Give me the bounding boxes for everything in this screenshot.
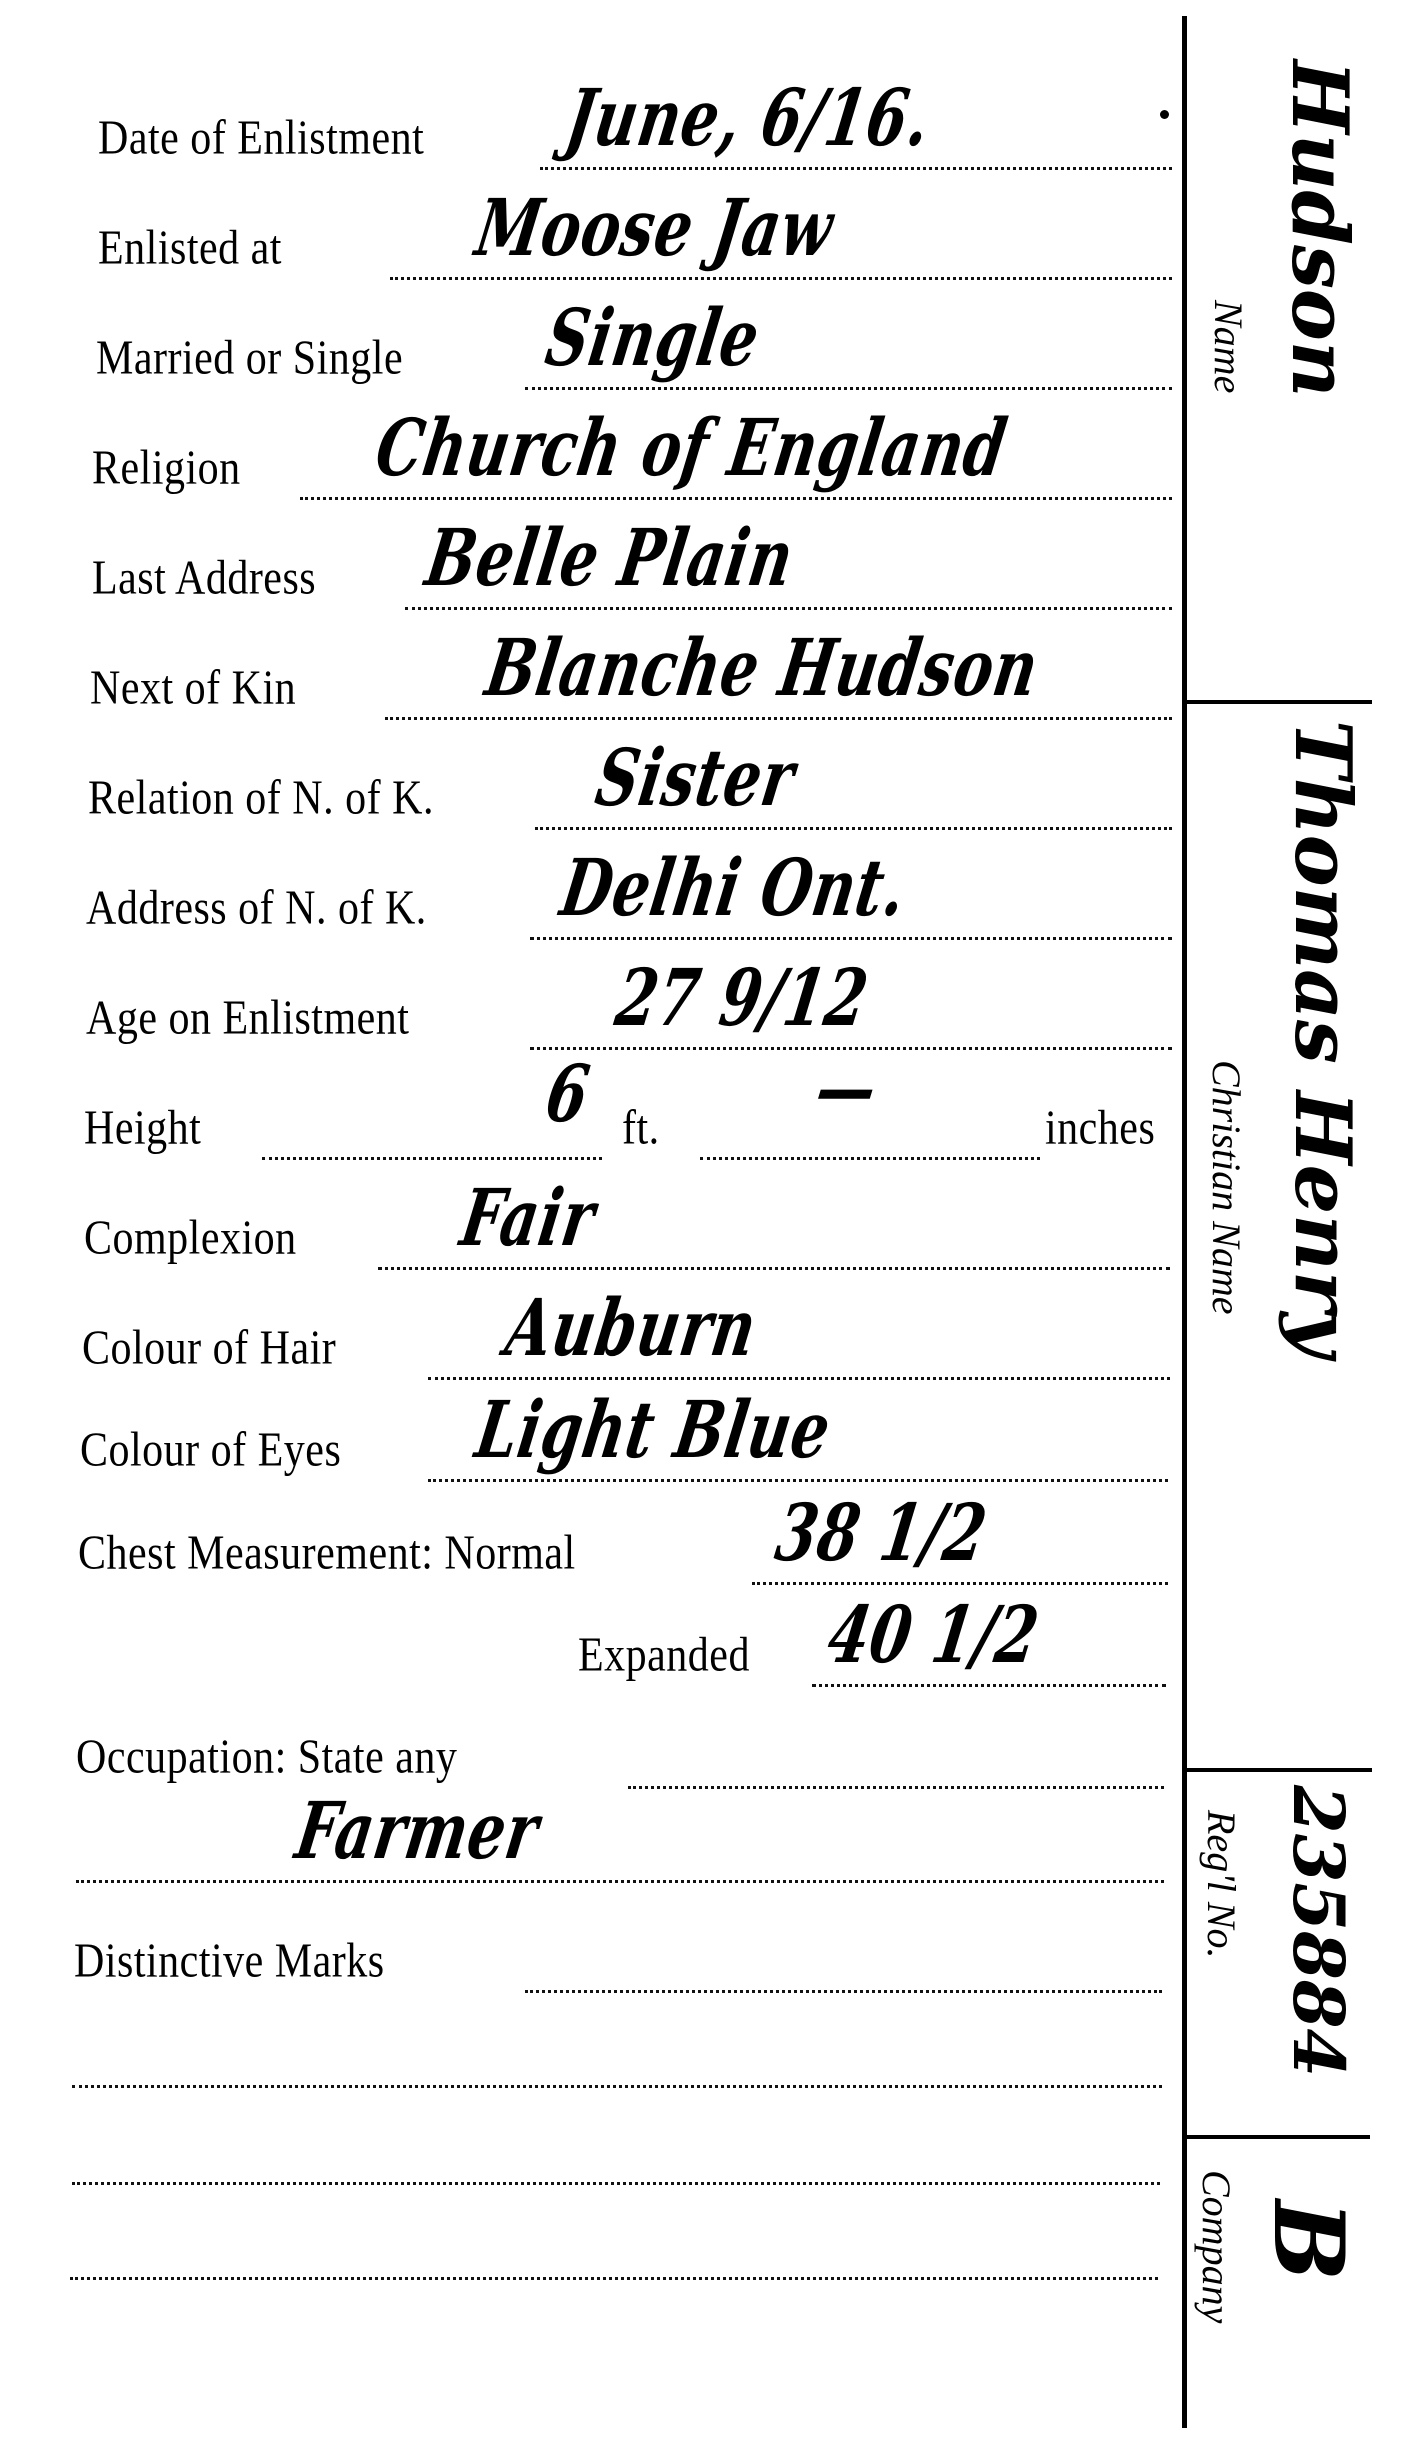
- christian-name-label: Christian Name: [1203, 1060, 1250, 1314]
- surname-label: Name: [1205, 300, 1252, 393]
- field-enlisted-at: Enlisted at Moose Jaw: [0, 210, 1182, 280]
- distinctive-marks-line-3[interactable]: [0, 2115, 1182, 2185]
- regimental-number-label: Reg'l No.: [1198, 1810, 1245, 1959]
- field-label: Enlisted at: [98, 221, 282, 276]
- field-label: Occupation: State any: [76, 1730, 457, 1785]
- field-value[interactable]: Blanche Hudson: [480, 622, 1045, 714]
- ink-speck: [1160, 110, 1169, 119]
- field-value[interactable]: Church of England: [370, 402, 1013, 494]
- dotted-line[interactable]: [525, 1990, 1162, 1993]
- field-label: Colour of Eyes: [80, 1423, 341, 1478]
- field-occupation: Occupation: State any: [0, 1719, 1182, 1789]
- occupation-value[interactable]: Farmer: [290, 1785, 545, 1877]
- field-label: Next of Kin: [90, 661, 296, 716]
- field-value[interactable]: 27 9/12: [610, 952, 875, 1044]
- field-height: Height 6 ft. — inches: [0, 1090, 1182, 1160]
- dotted-line: [535, 827, 1172, 830]
- name-section-divider: [1186, 700, 1372, 704]
- field-distinctive-marks: Distinctive Marks: [0, 1923, 1182, 1993]
- field-label: Height: [84, 1101, 201, 1156]
- field-last-address: Last Address Belle Plain: [0, 540, 1182, 610]
- field-value[interactable]: Moose Jaw: [470, 182, 840, 274]
- regimental-section-divider: [1186, 1768, 1372, 1772]
- field-colour-of-hair: Colour of Hair Auburn: [0, 1310, 1182, 1380]
- field-address-of-next-of-kin: Address of N. of K. Delhi Ont.: [0, 870, 1182, 940]
- field-value[interactable]: Single: [540, 292, 766, 384]
- christian-name-value[interactable]: Thomas Henry: [1277, 720, 1368, 1357]
- dotted-line: [428, 1479, 1168, 1482]
- height-feet-value[interactable]: 6: [540, 1048, 596, 1140]
- dotted-line: [378, 1267, 1170, 1270]
- dotted-line: [530, 937, 1172, 940]
- field-label: Address of N. of K.: [86, 881, 427, 936]
- dotted-line: [525, 387, 1172, 390]
- field-value[interactable]: 38 1/2: [770, 1487, 993, 1579]
- height-inches-value[interactable]: —: [810, 1042, 883, 1134]
- field-label: Colour of Hair: [82, 1321, 336, 1376]
- distinctive-marks-line-4[interactable]: [0, 2210, 1182, 2280]
- field-date-of-enlistment: Date of Enlistment June, 6/16.: [0, 100, 1182, 170]
- field-label: Distinctive Marks: [74, 1934, 385, 1989]
- field-chest-expanded: Expanded 40 1/2: [0, 1617, 1182, 1687]
- field-value[interactable]: Delhi Ont.: [555, 842, 913, 934]
- regimental-number-value[interactable]: 235884: [1277, 1785, 1360, 2077]
- field-colour-of-eyes: Colour of Eyes Light Blue: [0, 1412, 1182, 1482]
- field-relation-of-next-of-kin: Relation of N. of K. Sister: [0, 760, 1182, 830]
- field-label: Married or Single: [96, 331, 403, 386]
- height-inches-unit: inches: [1045, 1101, 1155, 1156]
- dotted-line: [752, 1582, 1168, 1585]
- dotted-line: [76, 1880, 1164, 1883]
- dotted-line: [700, 1157, 1040, 1160]
- surname-value[interactable]: Hudson: [1274, 60, 1365, 398]
- field-age-on-enlistment: Age on Enlistment 27 9/12: [0, 980, 1182, 1050]
- field-next-of-kin: Next of Kin Blanche Hudson: [0, 650, 1182, 720]
- column-divider: [1182, 16, 1187, 2428]
- height-feet-unit: ft.: [622, 1101, 660, 1156]
- dotted-line: [628, 1786, 1164, 1789]
- dotted-line: [405, 607, 1172, 610]
- dotted-line: [72, 2182, 1160, 2185]
- field-religion: Religion Church of England: [0, 430, 1182, 500]
- dotted-line: [70, 2277, 1158, 2280]
- dotted-line: [300, 497, 1172, 500]
- field-label: Last Address: [92, 551, 316, 606]
- field-value[interactable]: Belle Plain: [420, 512, 800, 604]
- field-label: Age on Enlistment: [86, 991, 409, 1046]
- field-label: Religion: [92, 441, 241, 496]
- field-married-or-single: Married or Single Single: [0, 320, 1182, 390]
- dotted-line: [72, 2085, 1162, 2088]
- field-chest-normal: Chest Measurement: Normal 38 1/2: [0, 1515, 1182, 1585]
- field-value[interactable]: Sister: [590, 732, 801, 824]
- field-value[interactable]: Fair: [455, 1172, 602, 1264]
- dotted-line: [262, 1157, 602, 1160]
- dotted-line: [428, 1377, 1170, 1380]
- field-label: Complexion: [84, 1211, 297, 1266]
- field-complexion: Complexion Fair: [0, 1200, 1182, 1270]
- dotted-line: [540, 167, 1172, 170]
- distinctive-marks-line-2[interactable]: [0, 2018, 1182, 2088]
- field-label: Expanded: [578, 1628, 750, 1683]
- field-value[interactable]: 40 1/2: [822, 1589, 1045, 1681]
- dotted-line: [385, 717, 1172, 720]
- company-label: Company: [1193, 2170, 1240, 2323]
- field-occupation-value-line: Farmer: [0, 1813, 1182, 1883]
- company-section-divider: [1186, 2135, 1370, 2139]
- field-value[interactable]: Light Blue: [470, 1384, 837, 1476]
- dotted-line: [390, 277, 1172, 280]
- field-label: Relation of N. of K.: [88, 771, 434, 826]
- field-value[interactable]: Auburn: [500, 1282, 763, 1374]
- field-value[interactable]: June, 6/16.: [560, 72, 937, 164]
- dotted-line: [812, 1684, 1166, 1687]
- field-label: Date of Enlistment: [98, 111, 424, 166]
- company-value[interactable]: B: [1252, 2200, 1365, 2281]
- field-label: Chest Measurement: Normal: [78, 1526, 576, 1581]
